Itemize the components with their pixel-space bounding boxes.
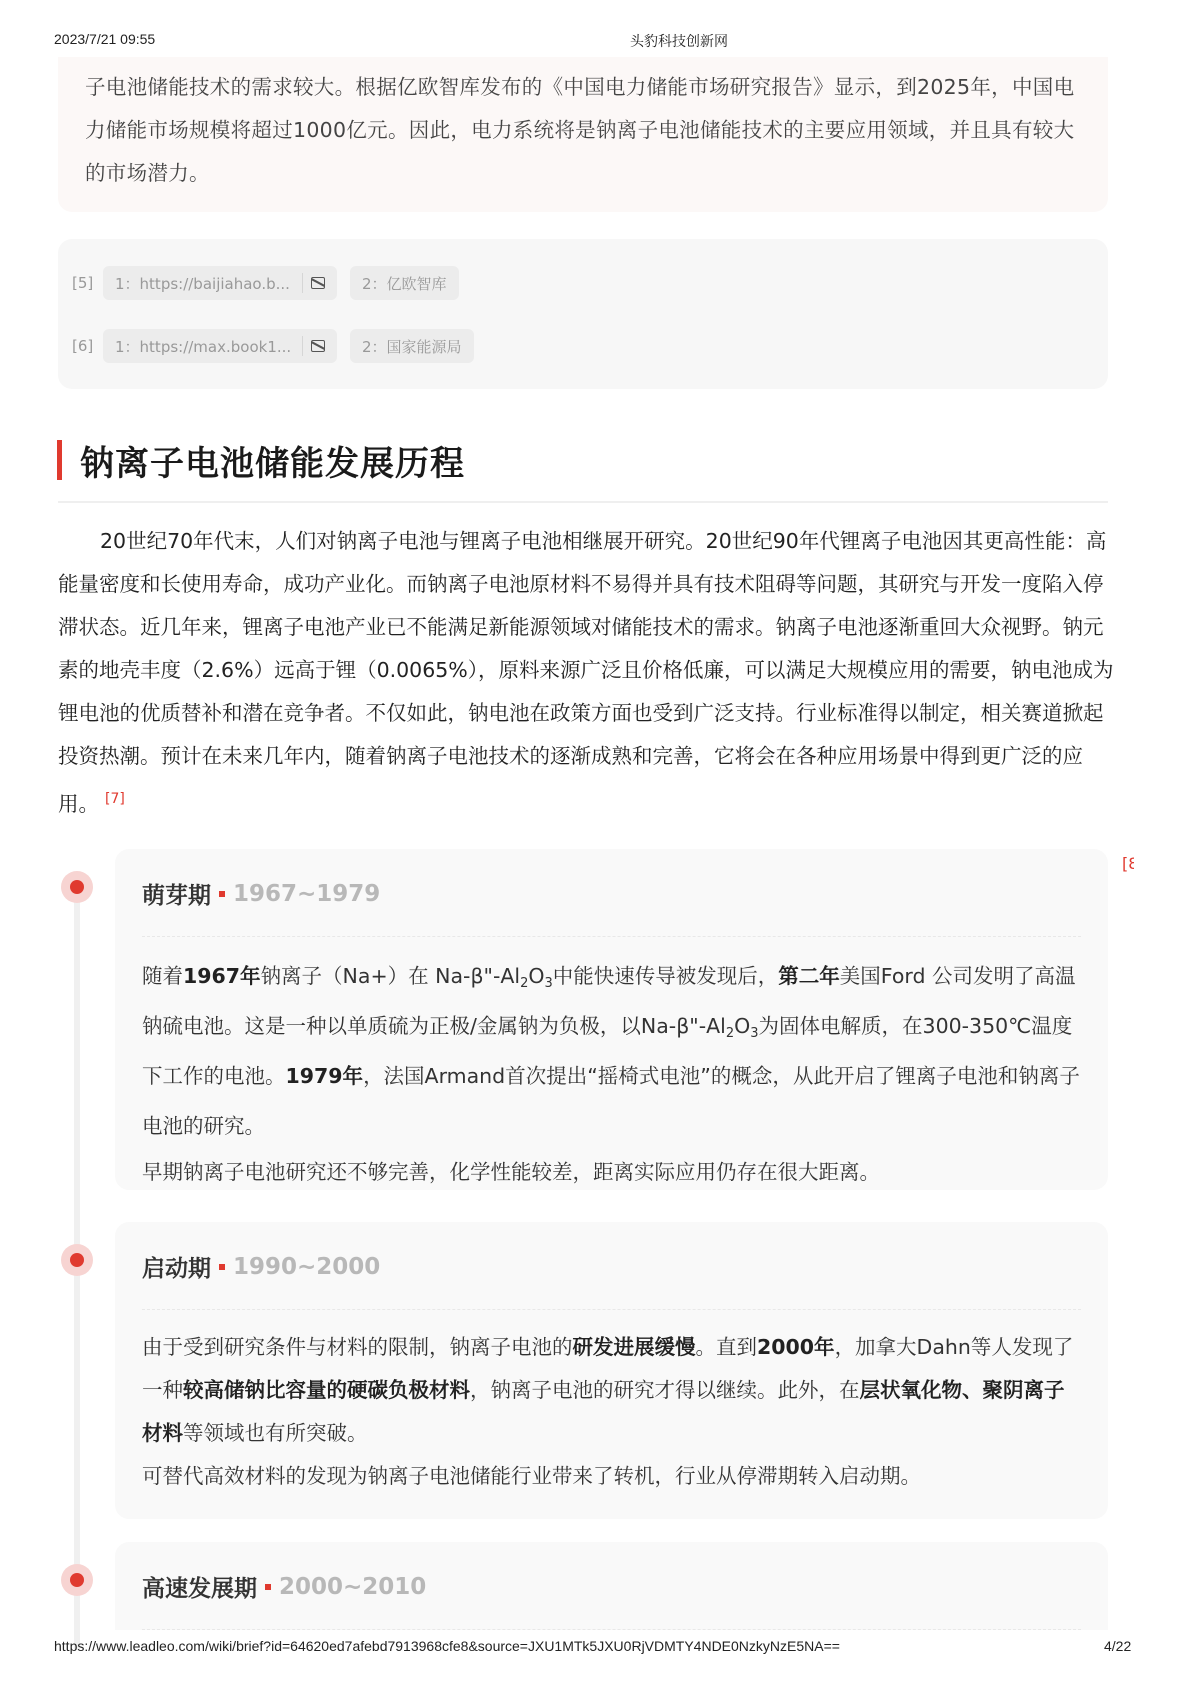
timeline-card: 启动期 1990~2000 由于受到研究条件与材料的限制，钠离子电池的研发进展缓… (115, 1222, 1108, 1519)
period-name: 萌芽期 (142, 877, 211, 910)
reference-row: [6] 1：https://max.book1... 2：国家能源局 (72, 329, 1094, 363)
separator-dot-icon (219, 891, 225, 897)
timeline-dot-icon (61, 1564, 93, 1596)
period-name: 高速发展期 (142, 1570, 257, 1603)
section-divider (58, 501, 1108, 503)
reference-index: [6] (72, 337, 103, 355)
heading-accent-bar (57, 440, 62, 480)
image-link-icon[interactable] (311, 340, 325, 352)
reference-row: [5] 1：https://baijiahao.b... 2：亿欧智库 (72, 266, 1094, 300)
separator-dot-icon (265, 1584, 271, 1590)
period-years: 1967~1979 (233, 881, 380, 907)
reference-source-tag[interactable]: 2：亿欧智库 (350, 266, 459, 300)
summary-box: 子电池储能技术的需求较大。根据亿欧智库发布的《中国电力储能市场研究报告》显示，到… (58, 57, 1108, 212)
reference-source-link[interactable]: 1：https://baijiahao.b... (103, 266, 337, 300)
page-number: 4/22 (1104, 1638, 1131, 1654)
period-name: 启动期 (142, 1250, 211, 1283)
intro-text: 20世纪70年代末，人们对钠离子电池与锂离子电池相继展开研究。20世纪90年代锂… (58, 529, 1114, 816)
timeline-paragraph: 由于受到研究条件与材料的限制，钠离子电池的研发进展缓慢。直到2000年，加拿大D… (142, 1326, 1081, 1455)
reference-source-tag[interactable]: 2：国家能源局 (350, 329, 474, 363)
print-site-title: 头豹科技创新网 (630, 31, 728, 51)
timeline-card-header: 启动期 1990~2000 (142, 1222, 1081, 1310)
timeline-paragraph: 随着1967年钠离子（Na+）在 Na-β"-Al2O3中能快速传导被发现后，第… (142, 951, 1081, 1151)
summary-text: 子电池储能技术的需求较大。根据亿欧智库发布的《中国电力储能市场研究报告》显示，到… (85, 66, 1081, 195)
references-box: [5] 1：https://baijiahao.b... 2：亿欧智库 [6] … (58, 239, 1108, 389)
image-link-icon[interactable] (311, 277, 325, 289)
timeline-card-header: 萌芽期 1967~1979 (142, 849, 1081, 937)
timeline-card: 高速发展期 2000~2010 (115, 1542, 1108, 1630)
timeline-card-body: 由于受到研究条件与材料的限制，钠离子电池的研发进展缓慢。直到2000年，加拿大D… (142, 1310, 1081, 1498)
reference-source-label: 1：https://max.book1... (115, 336, 294, 357)
timeline-card: 萌芽期 1967~1979 随着1967年钠离子（Na+）在 Na-β"-Al2… (115, 849, 1108, 1190)
print-url: https://www.leadleo.com/wiki/brief?id=64… (54, 1638, 840, 1654)
reference-source-link[interactable]: 1：https://max.book1... (103, 329, 337, 363)
section-title: 钠离子电池储能发展历程 (80, 436, 465, 485)
section-heading: 钠离子电池储能发展历程 (57, 440, 465, 480)
chip-separator (302, 273, 303, 293)
timeline-dot-icon (61, 871, 93, 903)
timeline-card-header: 高速发展期 2000~2010 (142, 1542, 1081, 1630)
chip-separator (302, 336, 303, 356)
timeline-card-body: 随着1967年钠离子（Na+）在 Na-β"-Al2O3中能快速传导被发现后，第… (142, 937, 1081, 1194)
reference-index: [5] (72, 274, 103, 292)
citation-link[interactable]: [7] (105, 791, 125, 807)
timeline-dot-icon (61, 1244, 93, 1276)
side-citation-link[interactable]: [8] (1122, 854, 1134, 873)
section-intro: 20世纪70年代末，人们对钠离子电池与锂离子电池相继展开研究。20世纪90年代锂… (58, 520, 1118, 826)
reference-source-label: 1：https://baijiahao.b... (115, 273, 294, 294)
period-years: 1990~2000 (233, 1254, 380, 1280)
print-datetime: 2023/7/21 09:55 (54, 31, 155, 47)
timeline-paragraph: 可替代高效材料的发现为钠离子电池储能行业带来了转机，行业从停滞期转入启动期。 (142, 1455, 1081, 1498)
timeline-paragraph: 早期钠离子电池研究还不够完善，化学性能较差，距离实际应用仍存在很大距离。 (142, 1151, 1081, 1194)
separator-dot-icon (219, 1264, 225, 1270)
period-years: 2000~2010 (279, 1574, 426, 1600)
